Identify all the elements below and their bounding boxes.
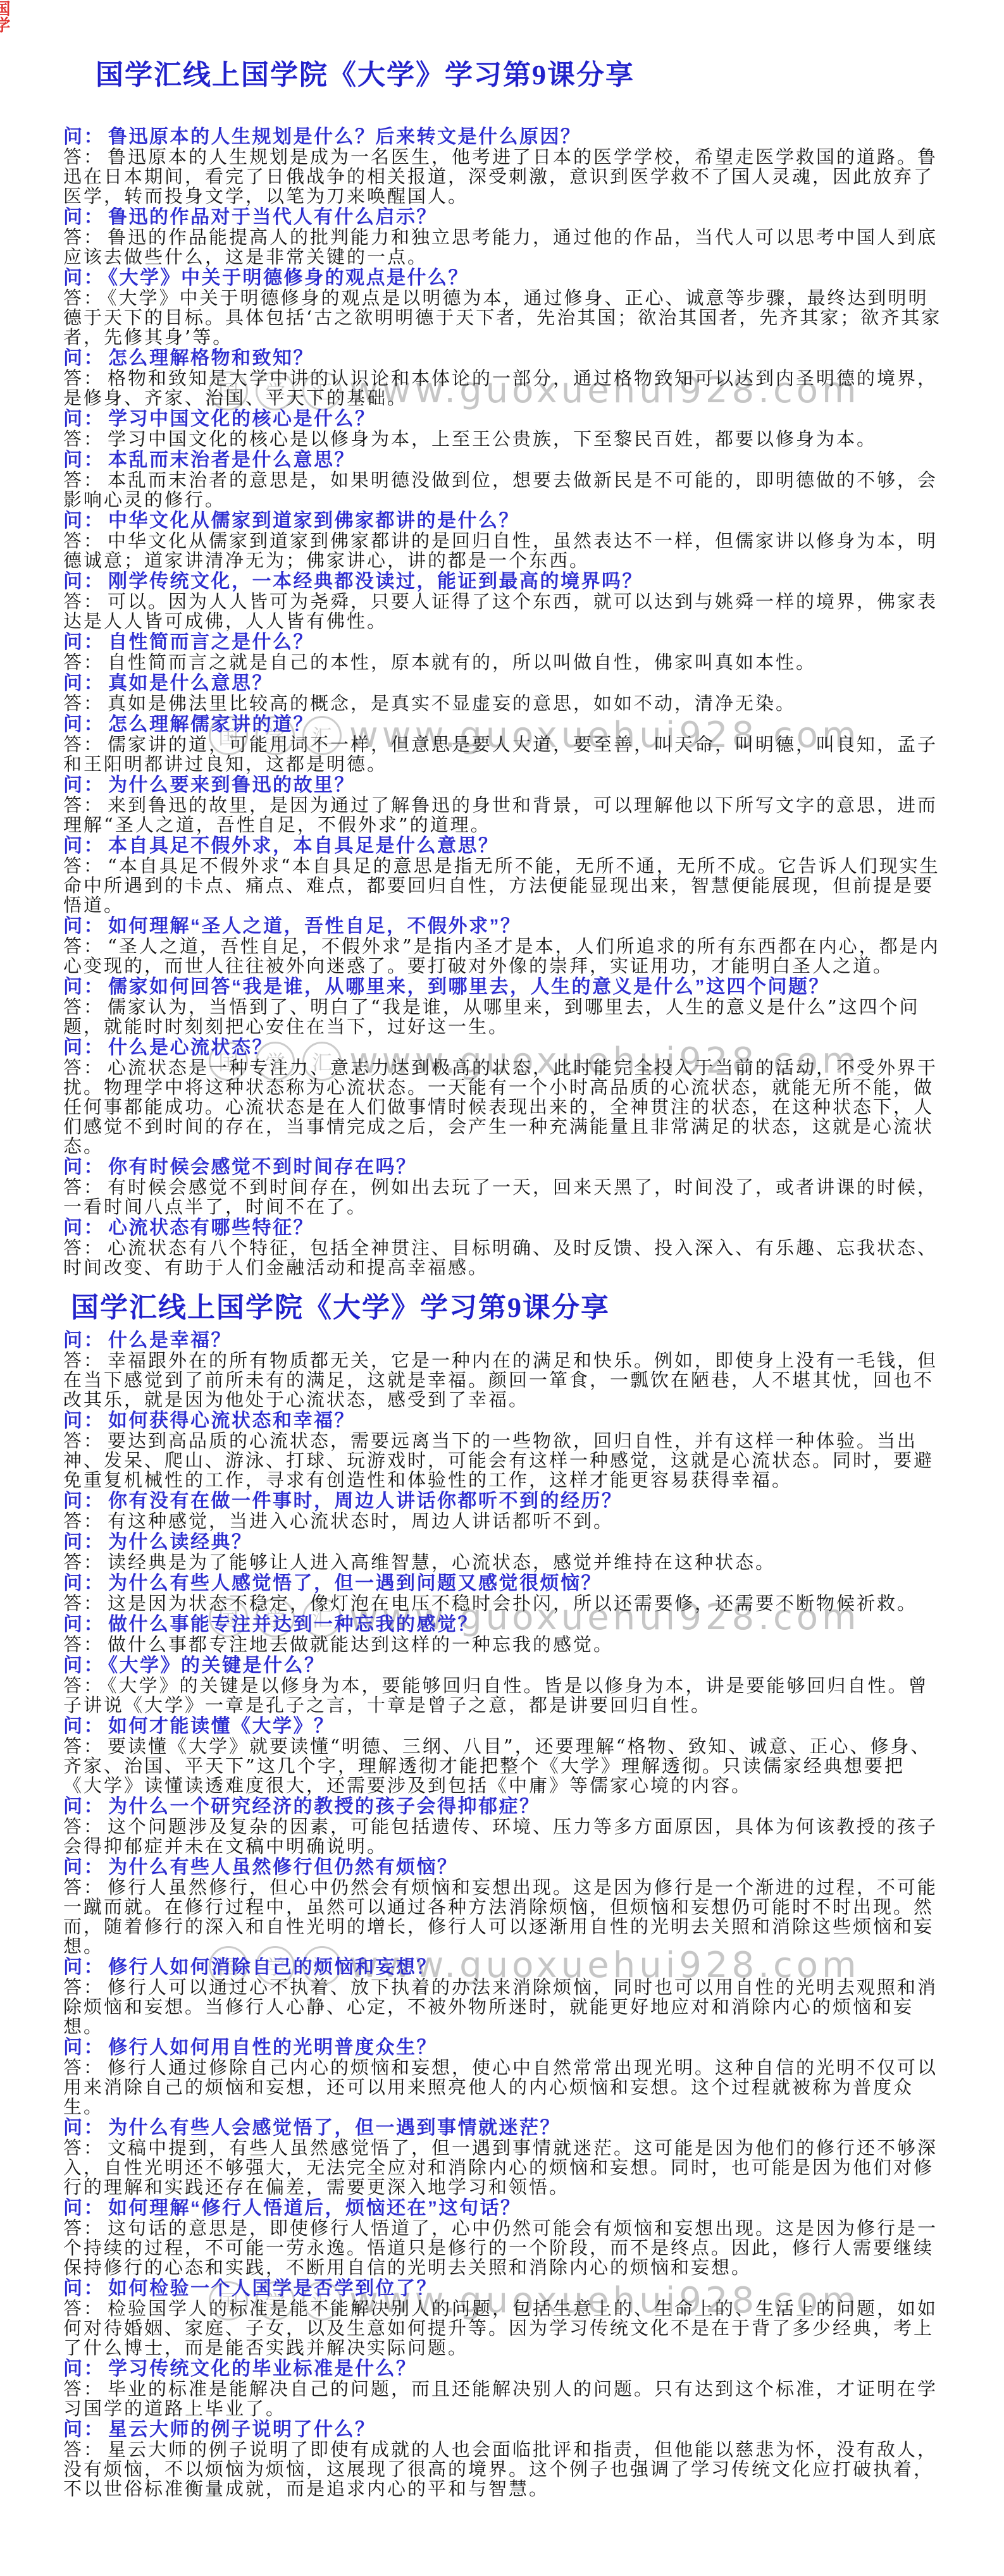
question-text: 修行人如何消除自己的烦恼和妄想？ [108, 1957, 437, 1978]
answer-text: 鲁迅的作品能提高人的批判能力和独立思考能力，通过他的作品，当代人可以思考中国人到… [63, 226, 938, 268]
answer-text: 自性简而言之就是自己的本性，原本就有的，所以叫做自性，佛家叫真如本性。 [108, 651, 816, 673]
answer-line: 答：心流状态有八个特征，包括全神贯注、目标明确、及时反馈、投入深入、有乐趣、忘我… [63, 1238, 944, 1278]
section-title: 国学汇线上国学院《大学》学习第9课分享 [71, 1293, 944, 1323]
qa-pair: 问：中华文化从儒家到道家到佛家都讲的是什么？答：中华文化从儒家到道家到佛家都讲的… [63, 511, 944, 570]
question-prefix: 问： [63, 1330, 104, 1351]
question-line: 问：什么是心流状态？ [63, 1038, 944, 1057]
question-text: 修行人如何用自性的光明普度众生？ [108, 2037, 437, 2058]
answer-prefix: 答： [63, 651, 104, 673]
question-prefix: 问： [63, 268, 104, 288]
answer-text: “本自具足不假外求“本自具足的意思是指无所不能，无所不通，无所不成。它告诉人们现… [63, 855, 940, 916]
answer-text: 这个问题涉及复杂的因素，可能包括遗传、环境、压力等多方面原因，具体为何该教授的孩… [63, 1816, 938, 1857]
answer-text: 修行人可以通过心不执着、放下执着的办法来消除烦恼，同时也可以用自性的光明去观照和… [63, 1976, 938, 2037]
question-text: 为什么一个研究经济的教授的孩子会得抑郁症？ [108, 1796, 540, 1817]
qa-pair: 问：你有时候会感觉不到时间存在吗？答：有时候会感觉不到时间存在，例如出去玩了一天… [63, 1157, 944, 1217]
answer-prefix: 答： [63, 367, 104, 389]
question-text: 儒家如何回答“我是谁，从哪里来，到哪里去，人生的意义是什么”这四个问题？ [108, 977, 829, 997]
question-prefix: 问： [63, 450, 104, 471]
answer-prefix: 答： [63, 2298, 104, 2319]
answer-line: 答：这是因为状态不稳定，像灯泡在电压不稳时会扑闪，所以还需要修，还需要不断物候祈… [63, 1594, 944, 1613]
document-content: 国学汇线上国学院《大学》学习第9课分享 问：鲁迅原本的人生规划是什么？后来转文是… [0, 60, 1004, 2499]
question-line: 问：自性简而言之是什么？ [63, 632, 944, 652]
answer-text: 文稿中提到，有些人虽然感觉悟了，但一遇到事情就迷茫。这可能是因为他们的修行还不够… [63, 2137, 938, 2198]
question-text: 为什么有些人会感觉悟了，但一遇到事情就迷茫？ [108, 2117, 561, 2138]
question-line: 问：学习中国文化的核心是什么？ [63, 409, 944, 429]
qa-pair: 问：为什么要来到鲁迅的故里？答：来到鲁迅的故里，是因为通过了解鲁迅的身世和背景，… [63, 775, 944, 835]
answer-line: 答：来到鲁迅的故里，是因为通过了解鲁迅的身世和背景，可以理解他以下所写文字的意思… [63, 796, 944, 835]
question-line: 问：如何理解“修行人悟道后，烦恼还在”这句话？ [63, 2198, 944, 2218]
answer-text: 《大学》的关键是以修身为本，要能够回归自性。皆是以修身为本，讲是要能够回归自性。… [63, 1675, 929, 1716]
qa-pair: 问：星云大师的例子说明了什么？答：星云大师的例子说明了即使有成就的人也会面临批评… [63, 2420, 944, 2499]
question-prefix: 问： [63, 977, 104, 997]
qa-pair: 问：做什么事能专注并达到一种忘我的感觉？答：做什么事都专注地去做就能达到这样的一… [63, 1615, 944, 1655]
question-line: 问：做什么事能专注并达到一种忘我的感觉？ [63, 1615, 944, 1634]
question-prefix: 问： [63, 1037, 104, 1058]
answer-line: 答：儒家认为，当悟到了、明白了“我是谁，从哪里来，到哪里去，人生的意义是什么”这… [63, 997, 944, 1037]
document-section: 国学汇线上国学院《大学》学习第9课分享 问：鲁迅原本的人生规划是什么？后来转文是… [63, 60, 944, 1278]
question-line: 问：中华文化从儒家到道家到佛家都讲的是什么？ [63, 511, 944, 531]
question-line: 问：如何才能读懂《大学》？ [63, 1716, 944, 1736]
question-line: 问：你有时候会感觉不到时间存在吗？ [63, 1157, 944, 1177]
question-line: 问：为什么有些人感觉悟了，但一遇到问题又感觉很烦恼？ [63, 1574, 944, 1593]
answer-line: 答：这句话的意思是，即使修行人悟道了，心中仍然可能会有烦恼和妄想出现。这是因为修… [63, 2219, 944, 2277]
answer-prefix: 答： [63, 2378, 104, 2400]
answer-prefix: 答： [63, 1237, 104, 1259]
answer-prefix: 答： [63, 469, 104, 491]
question-line: 问：怎么理解格物和致知？ [63, 348, 944, 368]
answer-text: 幸福跟外在的所有物质都无关，它是一种内在的满足和快乐。例如，即使身上没有一毛钱，… [63, 1350, 938, 1410]
answer-prefix: 答： [63, 734, 104, 755]
answer-line: 答：修行人可以通过心不执着、放下执着的办法来消除烦恼，同时也可以用自性的光明去观… [63, 1978, 944, 2037]
qa-pair: 问：怎么理解儒家讲的道？答：儒家讲的道，可能用词不一样，但意思是要人大道，要至善… [63, 715, 944, 774]
question-prefix: 问： [63, 1532, 104, 1553]
question-prefix: 问： [63, 1716, 104, 1737]
question-line: 问：鲁迅原本的人生规划是什么？后来转文是什么原因？ [63, 127, 944, 147]
answer-line: 答：自性简而言之就是自己的本性，原本就有的，所以叫做自性，佛家叫真如本性。 [63, 653, 944, 672]
answer-prefix: 答： [63, 1057, 104, 1078]
answer-text: 儒家讲的道，可能用词不一样，但意思是要人大道，要至善，叫天命，叫明德，叫良知，孟… [63, 734, 938, 775]
qa-pair: 问：本自具足不假外求，本自具足是什么意思？答：“本自具足不假外求“本自具足的意思… [63, 836, 944, 915]
question-text: 真如是什么意思？ [108, 673, 273, 694]
section-title: 国学汇线上国学院《大学》学习第9课分享 [96, 60, 944, 90]
question-text: 怎么理解格物和致知？ [108, 348, 314, 369]
answer-text: 儒家认为，当悟到了、明白了“我是谁，从哪里来，到哪里去，人生的意义是什么”这四个… [63, 996, 920, 1037]
question-line: 问：为什么读经典？ [63, 1532, 944, 1552]
answer-line: 答：学习中国文化的核心是以修身为本，上至王公贵族，下至黎民百姓，都要以修身为本。 [63, 429, 944, 449]
question-line: 问：为什么一个研究经济的教授的孩子会得抑郁症？ [63, 1797, 944, 1816]
answer-text: 鲁迅原本的人生规划是成为一名医生，他考进了日本的医学学校，希望走医学救国的道路。… [63, 146, 938, 207]
qa-pair: 问：自性简而言之是什么？答：自性简而言之就是自己的本性，原本就有的，所以叫做自性… [63, 632, 944, 672]
question-text: 本自具足不假外求，本自具足是什么意思？ [108, 835, 499, 856]
question-line: 问：修行人如何消除自己的烦恼和妄想？ [63, 1957, 944, 1977]
answer-line: 答：心流状态是一种专注力、意志力达到极高的状态，此时能完全投入于当前的活动，不受… [63, 1058, 944, 1156]
answer-line: 答：本乱而末治者的意思是，如果明德没做到位，想要去做新民是不可能的，即明德做的不… [63, 471, 944, 510]
question-line: 问：真如是什么意思？ [63, 674, 944, 693]
question-line: 问：鲁迅的作品对于当代人有什么启示？ [63, 207, 944, 227]
answer-prefix: 答： [63, 428, 104, 450]
qa-pair: 问：什么是幸福？答：幸福跟外在的所有物质都无关，它是一种内在的满足和快乐。例如，… [63, 1331, 944, 1410]
question-line: 问：什么是幸福？ [63, 1331, 944, 1350]
question-text: 学习传统文化的毕业标准是什么？ [108, 2358, 417, 2379]
question-prefix: 问： [63, 835, 104, 856]
answer-text: 星云大师的例子说明了即使有成就的人也会面临批评和指责，但他能以慈悲为怀，没有敌人… [63, 2439, 938, 2499]
answer-prefix: 答： [63, 1877, 104, 1898]
answer-prefix: 答： [63, 1735, 104, 1757]
answer-text: 有时候会感觉不到时间存在，例如出去玩了一天，回来天黑了，时间没了，或者讲课的时候… [63, 1176, 938, 1217]
question-text: 本乱而末治者是什么意思？ [108, 450, 355, 471]
qa-pair: 问：学习传统文化的毕业标准是什么？答：毕业的标准是能解决自己的问题，而且还能解决… [63, 2359, 944, 2419]
question-line: 问：你有没有在做一件事时，周边人讲话你都听不到的经历？ [63, 1491, 944, 1511]
question-text: 什么是心流状态？ [108, 1037, 273, 1058]
document-page: { "labels": { "q_prefix": "问：", "a_prefi… [0, 0, 1004, 2576]
answer-line: 答：文稿中提到，有些人虽然感觉悟了，但一遇到事情就迷茫。这可能是因为他们的修行还… [63, 2138, 944, 2197]
question-line: 问：本自具足不假外求，本自具足是什么意思？ [63, 836, 944, 856]
answer-text: 要达到高品质的心流状态，需要远离当下的一些物欲，回归自性，并有这样一种体验。当出… [63, 1430, 934, 1491]
qa-pair: 问：如何检验一个人国学是否学到位了？答：检验国学人的标准是能不能解决别人的问题，… [63, 2279, 944, 2358]
question-text: 为什么要来到鲁迅的故里？ [108, 775, 355, 796]
question-line: 问：如何获得心流状态和幸福？ [63, 1411, 944, 1431]
answer-text: 要读懂《大学》就要读懂“明德、三纲、八目”，还要理解“格物、致知、诚意、正心、修… [63, 1735, 931, 1796]
answer-line: 答：“本自具足不假外求“本自具足的意思是指无所不能，无所不通，无所不成。它告诉人… [63, 856, 944, 915]
qa-pair: 问：你有没有在做一件事时，周边人讲话你都听不到的经历？答：有这种感觉，当进入心流… [63, 1491, 944, 1531]
question-text: 鲁迅原本的人生规划是什么？后来转文是什么原因？ [108, 126, 581, 147]
question-line: 问：《大学》中关于明德修身的观点是什么？ [63, 268, 944, 288]
answer-line: 答：有这种感觉，当进入心流状态时，周边人讲话都听不到。 [63, 1512, 944, 1531]
answer-text: 《大学》中关于明德修身的观点是以明德为本，通过修身、正心、诚意等步骤，最终达到明… [63, 287, 941, 348]
question-text: 如何才能读懂《大学》？ [108, 1716, 335, 1737]
question-text: 为什么读经典？ [108, 1532, 252, 1553]
question-text: 为什么有些人虽然修行但仍然有烦恼？ [108, 1857, 458, 1878]
question-prefix: 问： [63, 1491, 104, 1512]
answer-prefix: 答： [63, 1976, 104, 1998]
answer-text: 做什么事都专注地去做就能达到这样的一种忘我的感觉。 [108, 1634, 614, 1655]
answer-line: 答：鲁迅的作品能提高人的批判能力和独立思考能力，通过他的作品，当代人可以思考中国… [63, 228, 944, 267]
answer-line: 答：读经典是为了能够让人进入高维智慧，心流状态，感觉并维持在这种状态。 [63, 1553, 944, 1572]
answer-line: 答：修行人虽然修行，但心中仍然会有烦恼和妄想出现。这是因为修行是一个渐进的过程，… [63, 1878, 944, 1956]
answer-text: 可以。因为人人皆可为尧舜，只要人证得了这个东西，就可以达到与姚舜一样的境界，佛家… [63, 591, 938, 632]
qa-pair: 问：修行人如何消除自己的烦恼和妄想？答：修行人可以通过心不执着、放下执着的办法来… [63, 1957, 944, 2037]
qa-pair: 问：心流状态有哪些特征？答：心流状态有八个特征，包括全神贯注、目标明确、及时反馈… [63, 1218, 944, 1278]
question-prefix: 问： [63, 632, 104, 653]
question-prefix: 问： [63, 1857, 104, 1878]
answer-prefix: 答： [63, 1675, 104, 1696]
qa-pair: 问：什么是心流状态？答：心流状态是一种专注力、意志力达到极高的状态，此时能完全投… [63, 1038, 944, 1156]
qa-pair: 问：真如是什么意思？答：真如是佛法里比较高的概念，是真实不显虚妄的意思，如如不动… [63, 674, 944, 713]
question-prefix: 问： [63, 1614, 104, 1635]
answer-line: 答：要达到高品质的心流状态，需要远离当下的一些物欲，回归自性，并有这样一种体验。… [63, 1431, 944, 1490]
qa-pair: 问：《大学》的关键是什么？答：《大学》的关键是以修身为本，要能够回归自性。皆是以… [63, 1656, 944, 1715]
qa-pair: 问：修行人如何用自性的光明普度众生？答：修行人通过修除自己内心的烦恼和妄想，使心… [63, 2038, 944, 2117]
question-prefix: 问： [63, 510, 104, 531]
question-text: 怎么理解儒家讲的道？ [108, 714, 314, 735]
question-text: 《大学》的关键是什么？ [108, 1655, 325, 1676]
question-line: 问：如何理解“圣人之道，吾性自足，不假外求”？ [63, 916, 944, 936]
answer-text: 真如是佛法里比较高的概念，是真实不显虚妄的意思，如如不动，清净无染。 [108, 693, 796, 714]
qa-pair: 问：如何理解“圣人之道，吾性自足，不假外求”？答：“圣人之道，吾性自足，不假外求… [63, 916, 944, 976]
question-text: 如何检验一个人国学是否学到位了？ [108, 2278, 437, 2299]
answer-line: 答：《大学》的关键是以修身为本，要能够回归自性。皆是以修身为本，讲是要能够回归自… [63, 1676, 944, 1715]
qa-pair: 问：如何才能读懂《大学》？答：要读懂《大学》就要读懂“明德、三纲、八目”，还要理… [63, 1716, 944, 1796]
question-text: 如何理解“修行人悟道后，烦恼还在”这句话？ [108, 2198, 521, 2219]
qa-pair: 问：为什么有些人感觉悟了，但一遇到问题又感觉很烦恼？答：这是因为状态不稳定，像灯… [63, 1574, 944, 1613]
answer-line: 答：格物和致知是大学中讲的认识论和本体论的一部分，通过格物致知可以达到内圣明德的… [63, 369, 944, 408]
question-text: 刚学传统文化，一本经典都没读过，能证到最高的境界吗？ [108, 571, 643, 592]
answer-prefix: 答： [63, 2057, 104, 2078]
question-text: 你有时候会感觉不到时间存在吗？ [108, 1157, 417, 1178]
question-prefix: 问： [63, 1157, 104, 1178]
qa-pair: 问：为什么读经典？答：读经典是为了能够让人进入高维智慧，心流状态，感觉并维持在这… [63, 1532, 944, 1572]
question-text: 做什么事能专注并达到一种忘我的感觉？ [108, 1614, 478, 1635]
question-line: 问：为什么有些人会感觉悟了，但一遇到事情就迷茫？ [63, 2118, 944, 2138]
question-prefix: 问： [63, 348, 104, 369]
question-prefix: 问： [63, 2419, 104, 2440]
answer-line: 答：真如是佛法里比较高的概念，是真实不显虚妄的意思，如如不动，清净无染。 [63, 694, 944, 713]
answer-text: 这是因为状态不稳定，像灯泡在电压不稳时会扑闪，所以还需要修，还需要不断物候祈救。 [108, 1593, 917, 1614]
answer-text: 格物和致知是大学中讲的认识论和本体论的一部分，通过格物致知可以达到内圣明德的境界… [63, 367, 938, 409]
question-prefix: 问： [63, 775, 104, 796]
answer-text: 读经典是为了能够让人进入高维智慧，心流状态，感觉并维持在这种状态。 [108, 1551, 776, 1573]
question-text: 什么是幸福？ [108, 1330, 232, 1351]
question-line: 问：怎么理解儒家讲的道？ [63, 715, 944, 734]
question-text: 如何理解“圣人之道，吾性自足，不假外求”？ [108, 916, 521, 937]
question-prefix: 问： [63, 571, 104, 592]
question-prefix: 问： [63, 2117, 104, 2138]
qa-pair: 问：儒家如何回答“我是谁，从哪里来，到哪里去，人生的意义是什么”这四个问题？答：… [63, 977, 944, 1037]
question-text: 中华文化从儒家到道家到佛家都讲的是什么？ [108, 510, 519, 531]
question-prefix: 问： [63, 1217, 104, 1238]
qa-pair: 问：刚学传统文化，一本经典都没读过，能证到最高的境界吗？答：可以。因为人人皆可为… [63, 572, 944, 631]
answer-text: 修行人通过修除自己内心的烦恼和妄想，使心中自然常常出现光明。这种自信的光明不仅可… [63, 2057, 938, 2117]
question-prefix: 问： [63, 1957, 104, 1978]
question-text: 心流状态有哪些特征？ [108, 1217, 314, 1238]
answer-line: 答：可以。因为人人皆可为尧舜，只要人证得了这个东西，就可以达到与姚舜一样的境界，… [63, 592, 944, 631]
answer-line: 答：修行人通过修除自己内心的烦恼和妄想，使心中自然常常出现光明。这种自信的光明不… [63, 2058, 944, 2117]
qa-pair: 问：如何获得心流状态和幸福？答：要达到高品质的心流状态，需要远离当下的一些物欲，… [63, 1411, 944, 1490]
question-prefix: 问： [63, 2037, 104, 2058]
question-text: 星云大师的例子说明了什么？ [108, 2419, 376, 2440]
answer-prefix: 答： [63, 1176, 104, 1198]
qa-pair: 问：本乱而末治者是什么意思？答：本乱而末治者的意思是，如果明德没做到位，想要去做… [63, 450, 944, 510]
document-section: 国学汇线上国学院《大学》学习第9课分享 问：什么是幸福？答：幸福跟外在的所有物质… [63, 1293, 944, 2499]
answer-line: 答：《大学》中关于明德修身的观点是以明德为本，通过修身、正心、诚意等步骤，最终达… [63, 288, 944, 347]
answer-line: 答：鲁迅原本的人生规划是成为一名医生，他考进了日本的医学学校，希望走医学救国的道… [63, 147, 944, 206]
answer-text: 毕业的标准是能解决自己的问题，而且还能解决别人的问题。只有达到这个标准，才证明在… [63, 2378, 938, 2419]
question-line: 问：修行人如何用自性的光明普度众生？ [63, 2038, 944, 2057]
answer-line: 答：要读懂《大学》就要读懂“明德、三纲、八目”，还要理解“格物、致知、诚意、正心… [63, 1737, 944, 1796]
answer-prefix: 答： [63, 1634, 104, 1655]
question-prefix: 问： [63, 126, 104, 147]
question-text: 如何获得心流状态和幸福？ [108, 1410, 355, 1431]
answer-text: 中华文化从儒家到道家到佛家都讲的是回归自性，虽然表达不一样，但儒家讲以修身为本，… [63, 530, 938, 571]
question-line: 问：为什么要来到鲁迅的故里？ [63, 775, 944, 795]
question-text: 《大学》中关于明德修身的观点是什么？ [108, 268, 469, 288]
answer-prefix: 答： [63, 1551, 104, 1573]
question-text: 鲁迅的作品对于当代人有什么启示？ [108, 207, 437, 228]
question-prefix: 问： [63, 2278, 104, 2299]
question-prefix: 问： [63, 673, 104, 694]
answer-prefix: 答： [63, 996, 104, 1018]
question-line: 问：刚学传统文化，一本经典都没读过，能证到最高的境界吗？ [63, 572, 944, 591]
question-line: 问：《大学》的关键是什么？ [63, 1656, 944, 1675]
answer-prefix: 答： [63, 1593, 104, 1614]
answer-prefix: 答： [63, 2217, 104, 2239]
question-line: 问：儒家如何回答“我是谁，从哪里来，到哪里去，人生的意义是什么”这四个问题？ [63, 977, 944, 997]
qa-pair: 问：为什么一个研究经济的教授的孩子会得抑郁症？答：这个问题涉及复杂的因素，可能包… [63, 1797, 944, 1856]
question-text: 学习中国文化的核心是什么？ [108, 409, 376, 429]
answer-prefix: 答： [63, 794, 104, 816]
question-prefix: 问： [63, 1573, 104, 1594]
question-prefix: 问： [63, 714, 104, 735]
answer-prefix: 答： [63, 530, 104, 552]
edge-seal-mark: 国学 [0, 0, 10, 33]
answer-text: “圣人之道，吾性自足，不假外求”是指内圣才是本，人们所追求的所有东西都在内心，都… [63, 935, 940, 977]
answer-prefix: 答： [63, 287, 104, 309]
answer-prefix: 答： [63, 855, 104, 877]
answer-prefix: 答： [63, 226, 104, 248]
qa-pair: 问：为什么有些人虽然修行但仍然有烦恼？答：修行人虽然修行，但心中仍然会有烦恼和妄… [63, 1858, 944, 1956]
answer-text: 有这种感觉，当进入心流状态时，周边人讲话都听不到。 [108, 1510, 614, 1532]
answer-text: 来到鲁迅的故里，是因为通过了解鲁迅的身世和背景，可以理解他以下所写文字的意思，进… [63, 794, 938, 835]
question-prefix: 问： [63, 1410, 104, 1431]
answer-text: 这句话的意思是，即使修行人悟道了，心中仍然可能会有烦恼和妄想出现。这是因为修行是… [63, 2217, 938, 2278]
question-text: 自性简而言之是什么？ [108, 632, 314, 653]
answer-prefix: 答： [63, 2137, 104, 2159]
answer-line: 答：幸福跟外在的所有物质都无关，它是一种内在的满足和快乐。例如，即使身上没有一毛… [63, 1351, 944, 1410]
question-prefix: 问： [63, 1655, 104, 1676]
answer-prefix: 答： [63, 1430, 104, 1451]
answer-line: 答：毕业的标准是能解决自己的问题，而且还能解决别人的问题。只有达到这个标准，才证… [63, 2379, 944, 2419]
question-text: 你有没有在做一件事时，周边人讲话你都听不到的经历？ [108, 1491, 623, 1512]
answer-prefix: 答： [63, 935, 104, 957]
answer-line: 答：中华文化从儒家到道家到佛家都讲的是回归自性，虽然表达不一样，但儒家讲以修身为… [63, 531, 944, 570]
answer-line: 答：星云大师的例子说明了即使有成就的人也会面临批评和指责，但他能以慈悲为怀，没有… [63, 2440, 944, 2499]
qa-pair: 问：为什么有些人会感觉悟了，但一遇到事情就迷茫？答：文稿中提到，有些人虽然感觉悟… [63, 2118, 944, 2197]
answer-text: 检验国学人的标准是能不能解决别人的问题，包括生意上的、生命上的、生活上的问题，如… [63, 2298, 938, 2358]
answer-line: 答：检验国学人的标准是能不能解决别人的问题，包括生意上的、生命上的、生活上的问题… [63, 2299, 944, 2358]
question-line: 问：星云大师的例子说明了什么？ [63, 2420, 944, 2439]
answer-text: 修行人虽然修行，但心中仍然会有烦恼和妄想出现。这是因为修行是一个渐进的过程，不可… [63, 1877, 938, 1957]
answer-prefix: 答： [63, 146, 104, 168]
question-prefix: 问： [63, 2198, 104, 2219]
answer-line: 答：做什么事都专注地去做就能达到这样的一种忘我的感觉。 [63, 1635, 944, 1655]
answer-prefix: 答： [63, 2439, 104, 2460]
answer-text: 本乱而末治者的意思是，如果明德没做到位，想要去做新民是不可能的，即明德做的不够，… [63, 469, 938, 510]
qa-pair: 问：学习中国文化的核心是什么？答：学习中国文化的核心是以修身为本，上至王公贵族，… [63, 409, 944, 449]
question-prefix: 问： [63, 1796, 104, 1817]
answer-text: 心流状态有八个特征，包括全神贯注、目标明确、及时反馈、投入深入、有乐趣、忘我状态… [63, 1237, 938, 1278]
answer-text: 学习中国文化的核心是以修身为本，上至王公贵族，下至黎民百姓，都要以修身为本。 [108, 428, 877, 450]
question-line: 问：本乱而末治者是什么意思？ [63, 450, 944, 470]
qa-list: 问：什么是幸福？答：幸福跟外在的所有物质都无关，它是一种内在的满足和快乐。例如，… [63, 1331, 944, 2499]
qa-pair: 问：《大学》中关于明德修身的观点是什么？答：《大学》中关于明德修身的观点是以明德… [63, 268, 944, 347]
answer-prefix: 答： [63, 693, 104, 714]
answer-prefix: 答： [63, 1350, 104, 1371]
question-line: 问：如何检验一个人国学是否学到位了？ [63, 2279, 944, 2298]
qa-pair: 问：怎么理解格物和致知？答：格物和致知是大学中讲的认识论和本体论的一部分，通过格… [63, 348, 944, 408]
question-prefix: 问： [63, 2358, 104, 2379]
answer-text: 心流状态是一种专注力、意志力达到极高的状态，此时能完全投入于当前的活动，不受外界… [63, 1057, 938, 1157]
qa-pair: 问：鲁迅的作品对于当代人有什么启示？答：鲁迅的作品能提高人的批判能力和独立思考能… [63, 207, 944, 267]
answer-prefix: 答： [63, 591, 104, 612]
answer-line: 答：有时候会感觉不到时间存在，例如出去玩了一天，回来天黑了，时间没了，或者讲课的… [63, 1178, 944, 1217]
qa-pair: 问：鲁迅原本的人生规划是什么？后来转文是什么原因？答：鲁迅原本的人生规划是成为一… [63, 127, 944, 206]
question-line: 问：学习传统文化的毕业标准是什么？ [63, 2359, 944, 2379]
qa-pair: 问：如何理解“修行人悟道后，烦恼还在”这句话？答：这句话的意思是，即使修行人悟道… [63, 2198, 944, 2277]
question-line: 问：为什么有些人虽然修行但仍然有烦恼？ [63, 1858, 944, 1877]
question-prefix: 问： [63, 207, 104, 228]
answer-line: 答：这个问题涉及复杂的因素，可能包括遗传、环境、压力等多方面原因，具体为何该教授… [63, 1817, 944, 1856]
answer-prefix: 答： [63, 1816, 104, 1837]
question-text: 为什么有些人感觉悟了，但一遇到问题又感觉很烦恼？ [108, 1573, 602, 1594]
question-line: 问：心流状态有哪些特征？ [63, 1218, 944, 1238]
answer-line: 答：“圣人之道，吾性自足，不假外求”是指内圣才是本，人们所追求的所有东西都在内心… [63, 937, 944, 976]
qa-list: 问：鲁迅原本的人生规划是什么？后来转文是什么原因？答：鲁迅原本的人生规划是成为一… [63, 127, 944, 1278]
answer-line: 答：儒家讲的道，可能用词不一样，但意思是要人大道，要至善，叫天命，叫明德，叫良知… [63, 735, 944, 774]
answer-prefix: 答： [63, 1510, 104, 1532]
question-prefix: 问： [63, 409, 104, 429]
question-prefix: 问： [63, 916, 104, 937]
